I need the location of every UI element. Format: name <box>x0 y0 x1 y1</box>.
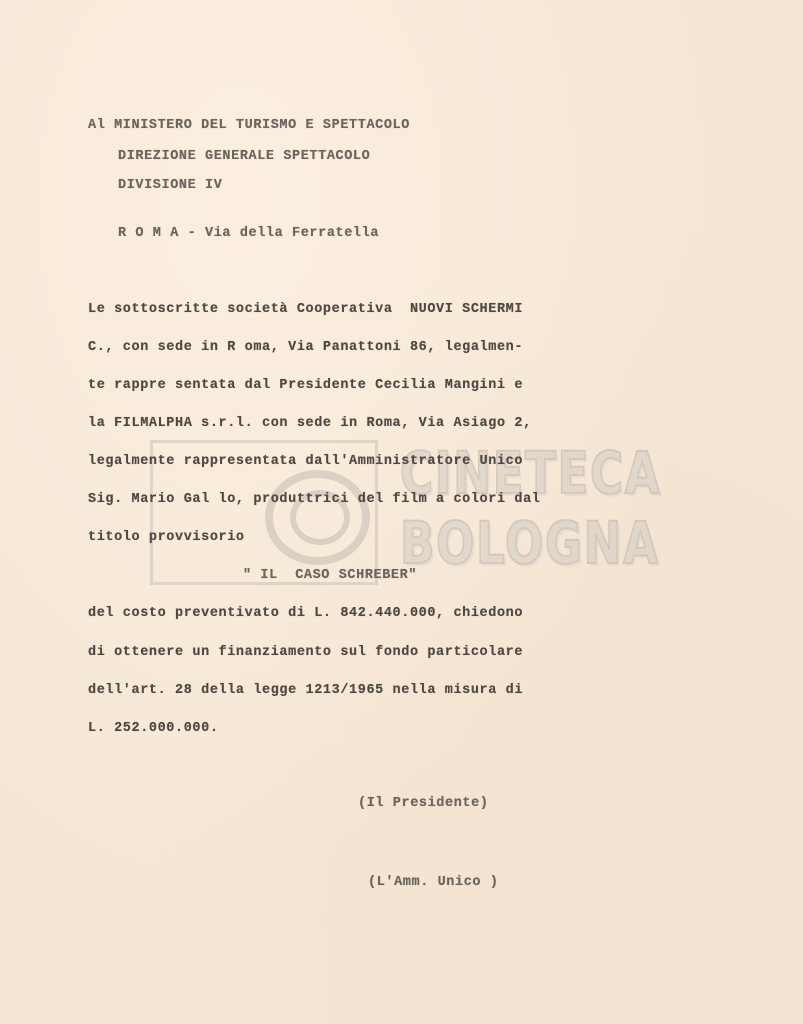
signature-president: (Il Presidente) <box>358 796 489 811</box>
body-line-9: di ottenere un finanziamento sul fondo p… <box>88 645 523 660</box>
addressee-city-line: R O M A - Via della Ferratella <box>118 226 379 241</box>
body-line-2: C., con sede in R oma, Via Panattoni 86,… <box>88 340 523 355</box>
body-line-3: te rappre sentata dal Presidente Cecilia… <box>88 378 523 393</box>
addressee-line-1: Al MINISTERO DEL TURISMO E SPETTACOLO <box>88 118 410 133</box>
body-line-5: legalmente rappresentata dall'Amministra… <box>88 454 523 469</box>
body-line-6: Sig. Mario Gal lo, produttrici del film … <box>88 492 540 507</box>
body-line-1: Le sottoscritte società Cooperativa NUOV… <box>88 302 523 317</box>
body-line-10: dell'art. 28 della legge 1213/1965 nella… <box>88 683 523 698</box>
film-title: " IL CASO SCHREBER" <box>243 568 417 583</box>
body-line-4: la FILMALPHA s.r.l. con sede in Roma, Vi… <box>88 416 532 431</box>
signature-administrator: (L'Amm. Unico ) <box>368 875 499 890</box>
body-line-7: titolo provvisorio <box>88 530 245 545</box>
addressee-line-2: DIREZIONE GENERALE SPETTACOLO <box>118 149 370 164</box>
body-line-8: del costo preventivato di L. 842.440.000… <box>88 606 523 621</box>
body-line-11: L. 252.000.000. <box>88 721 219 736</box>
addressee-line-3: DIVISIONE IV <box>118 178 222 193</box>
